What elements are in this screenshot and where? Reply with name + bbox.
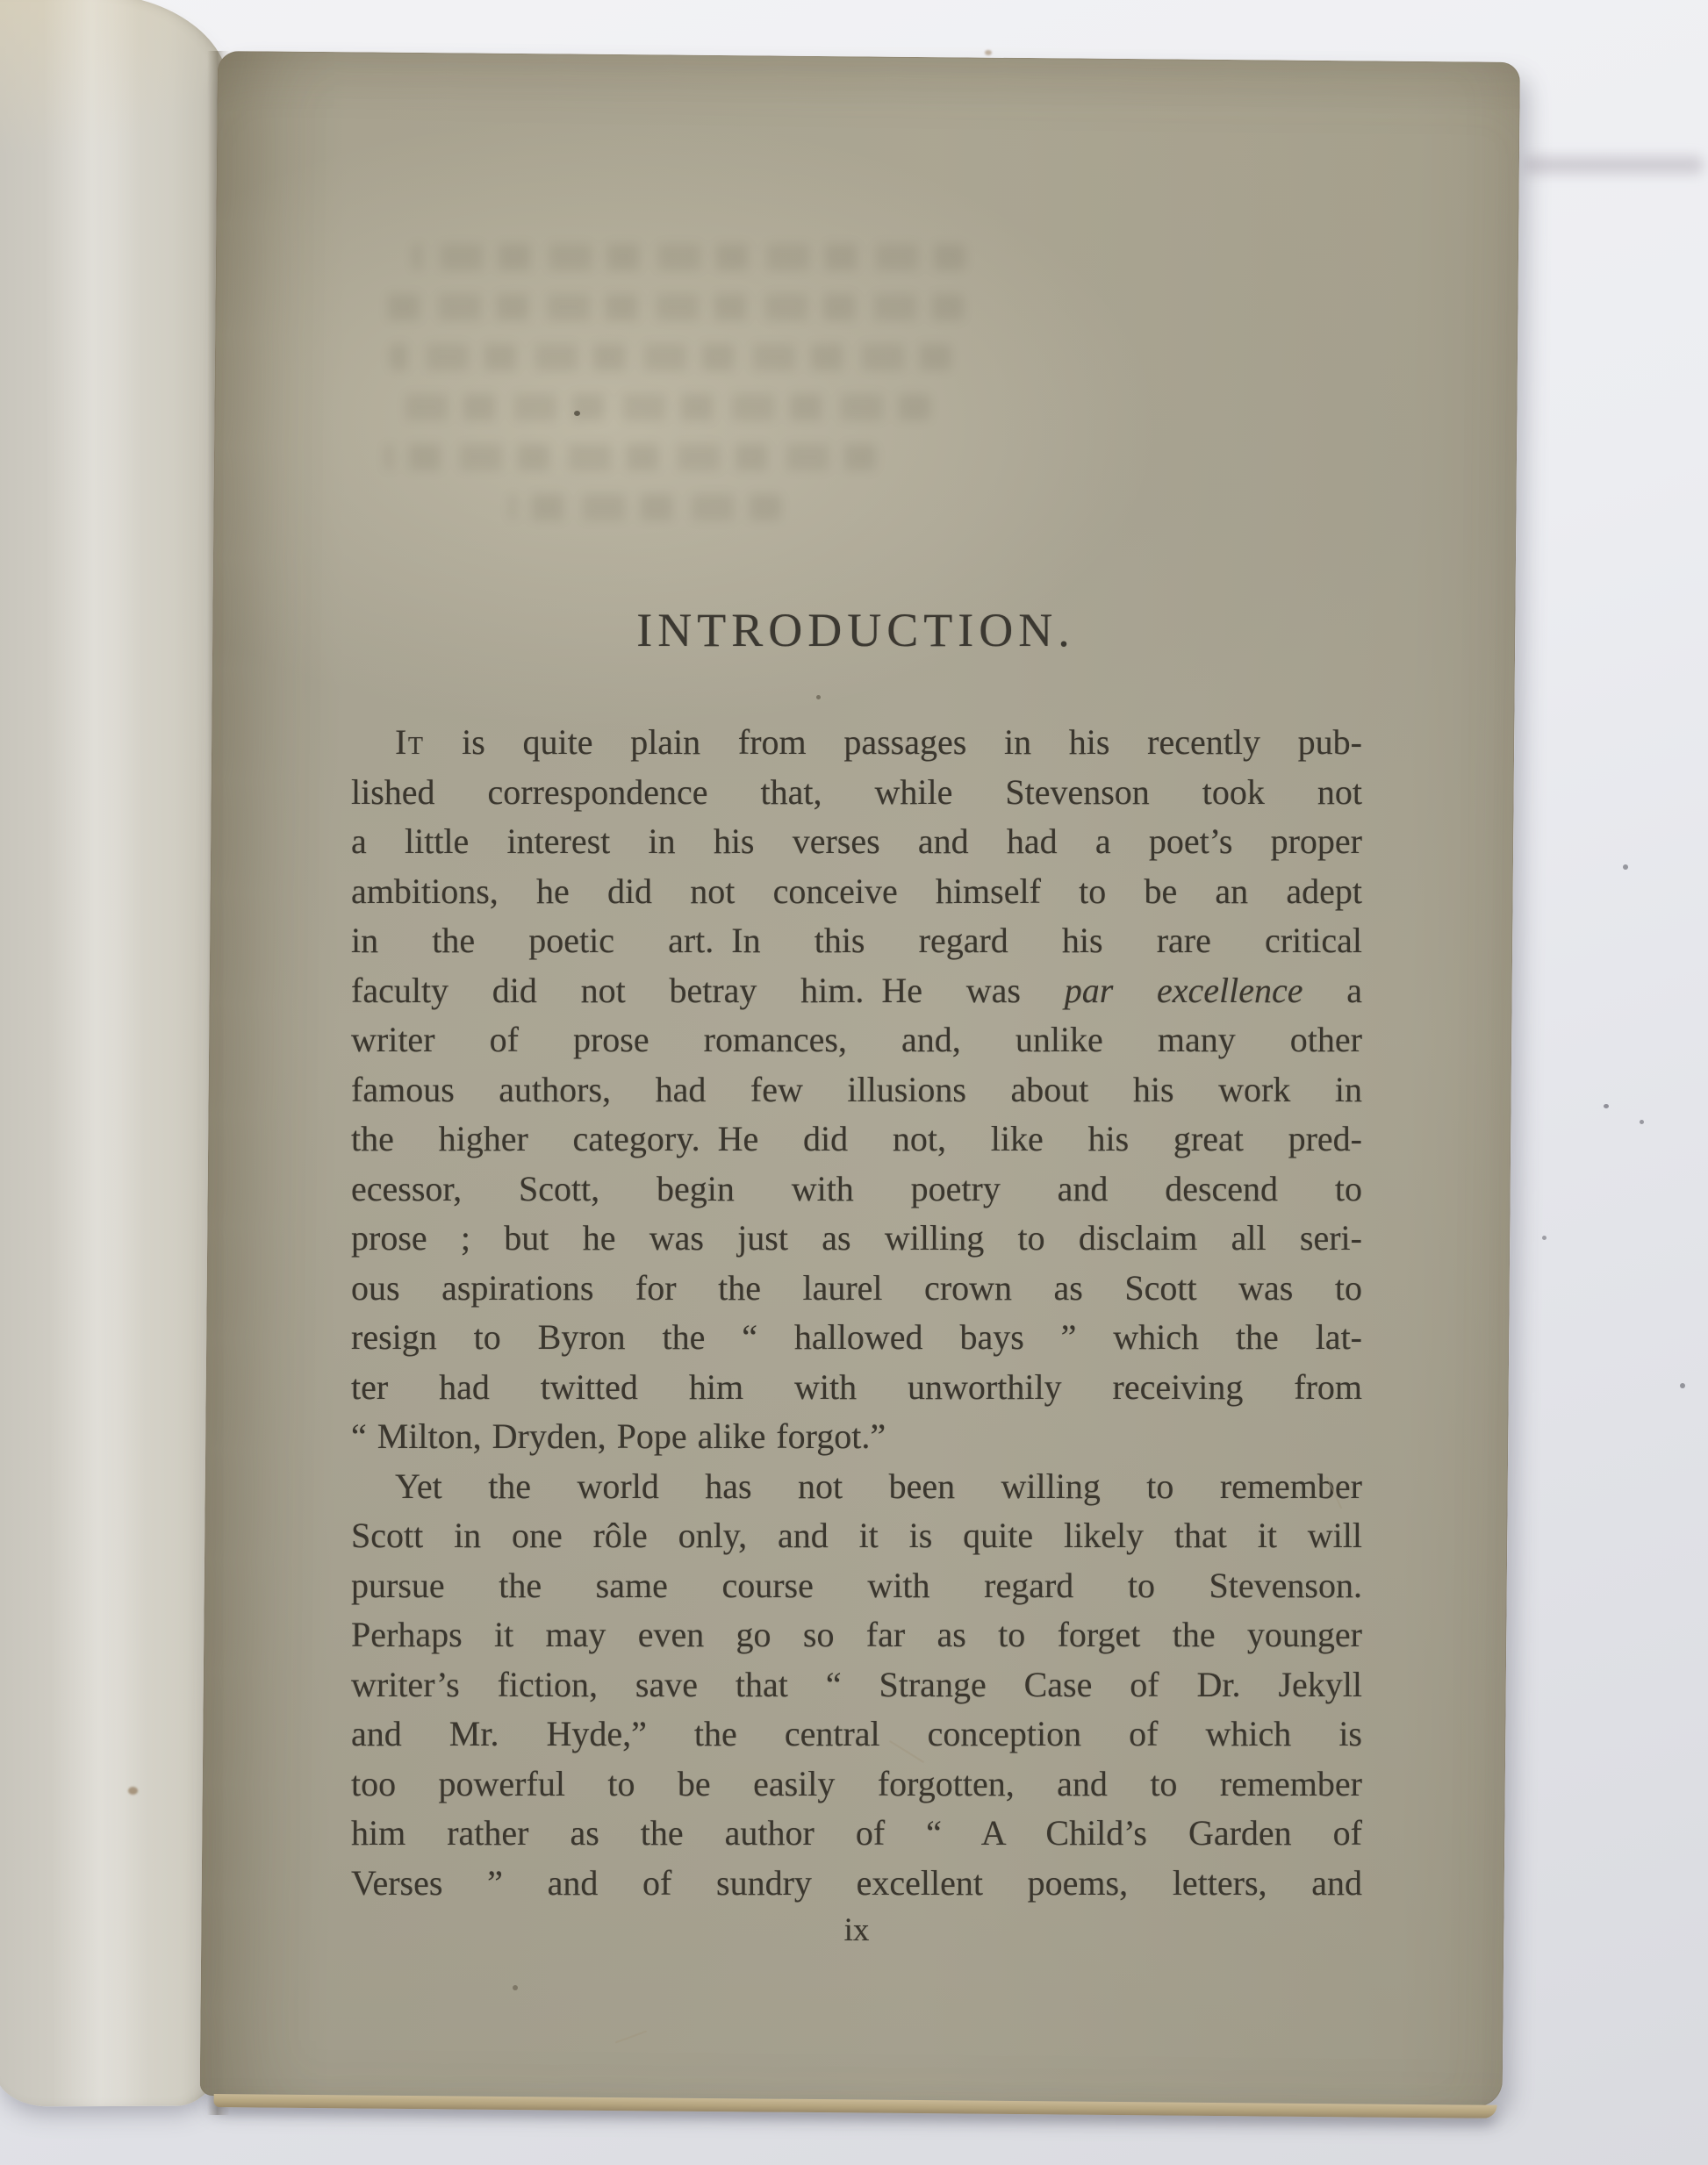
- text-line: the higher category. He did not, like hi…: [351, 1115, 1362, 1165]
- text-segment: Perhaps it may even go so far as to forg…: [351, 1615, 1362, 1654]
- page-number: ix: [351, 1911, 1362, 1949]
- text-line: writer’s fiction, save that “ Strange Ca…: [351, 1660, 1362, 1710]
- dust-speck: [816, 695, 821, 699]
- foxing-spot: [128, 1787, 138, 1795]
- text-line: ambitions, he did not conceive himself t…: [351, 867, 1362, 917]
- bleed-through-text: [377, 244, 992, 544]
- text-segment: ter had twitted him with unworthily rece…: [351, 1367, 1362, 1407]
- page-body: It is quite plain from passages in his r…: [351, 718, 1362, 1908]
- foxing-spot: [985, 50, 992, 55]
- smallcaps-text: It: [395, 722, 424, 762]
- text-segment: too powerful to be easily forgotten, and…: [351, 1764, 1362, 1803]
- text-segment: ecessor, Scott, begin with poetry and de…: [351, 1169, 1362, 1208]
- dust-speck: [574, 411, 580, 416]
- ghost-text-line: [413, 244, 965, 270]
- text-segment: prose ; but he was just as willing to di…: [351, 1218, 1362, 1258]
- dust-speck: [513, 1985, 518, 1990]
- text-segment: him rather as the author of “ A Child’s …: [351, 1813, 1362, 1853]
- background-smudge: [1524, 156, 1704, 174]
- text-line: Perhaps it may even go so far as to forg…: [351, 1610, 1362, 1660]
- text-segment: ambitions, he did not conceive himself t…: [351, 871, 1362, 911]
- photo-scene: INTRODUCTION. It is quite plain from pas…: [0, 0, 1708, 2165]
- text-segment: famous authors, had few illusions about …: [351, 1070, 1362, 1109]
- text-line: It is quite plain from passages in his r…: [351, 718, 1362, 768]
- ghost-text-line: [384, 444, 876, 470]
- text-segment: in the poetic art. In this regard his ra…: [351, 921, 1362, 960]
- text-segment: Yet the world has not been willing to re…: [395, 1466, 1362, 1506]
- dust-speck: [1680, 1383, 1685, 1388]
- dust-speck: [1623, 864, 1628, 870]
- text-line: in the poetic art. In this regard his ra…: [351, 916, 1362, 966]
- text-line: “ Milton, Dryden, Pope alike forgot.”: [351, 1412, 1362, 1462]
- text-segment: lished correspondence that, while Steven…: [351, 772, 1362, 812]
- dust-speck: [1604, 1104, 1609, 1108]
- text-line: resign to Byron the “ hallowed bays ” wh…: [351, 1313, 1362, 1363]
- dust-speck: [1640, 1120, 1644, 1124]
- text-line: ter had twitted him with unworthily rece…: [351, 1363, 1362, 1413]
- text-segment: writer’s fiction, save that “ Strange Ca…: [351, 1665, 1362, 1704]
- text-line: Scott in one rôle only, and it is quite …: [351, 1511, 1362, 1561]
- text-line: and Mr. Hyde,” the central conception of…: [351, 1710, 1362, 1760]
- text-segment: a: [1303, 971, 1363, 1010]
- ghost-text-line: [377, 294, 964, 320]
- ghost-text-line: [509, 494, 781, 520]
- text-segment: a little interest in his verses and had …: [351, 821, 1362, 861]
- text-line: lished correspondence that, while Steven…: [351, 768, 1362, 818]
- text-line: Verses ” and of sundry excellent poems, …: [351, 1859, 1362, 1909]
- italic-text: par excellence: [1065, 971, 1303, 1010]
- page-bottom-edge: [214, 2094, 1497, 2118]
- text-line: ous aspirations for the laurel crown as …: [351, 1264, 1362, 1314]
- text-segment: the higher category. He did not, like hi…: [351, 1119, 1362, 1158]
- text-line: Yet the world has not been willing to re…: [351, 1462, 1362, 1512]
- dust-speck: [1542, 1236, 1547, 1240]
- text-line: ecessor, Scott, begin with poetry and de…: [351, 1165, 1362, 1215]
- text-segment: resign to Byron the “ hallowed bays ” wh…: [351, 1317, 1362, 1357]
- text-segment: and Mr. Hyde,” the central conception of…: [351, 1714, 1362, 1753]
- text-segment: writer of prose romances, and, unlike ma…: [351, 1020, 1362, 1059]
- text-line: famous authors, had few illusions about …: [351, 1065, 1362, 1115]
- text-line: him rather as the author of “ A Child’s …: [351, 1809, 1362, 1859]
- text-line: faculty did not betray him. He was par e…: [351, 966, 1362, 1016]
- text-line: too powerful to be easily forgotten, and…: [351, 1760, 1362, 1810]
- text-line: a little interest in his verses and had …: [351, 817, 1362, 867]
- ghost-text-line: [404, 394, 930, 420]
- text-line: prose ; but he was just as willing to di…: [351, 1214, 1362, 1264]
- text-line: writer of prose romances, and, unlike ma…: [351, 1015, 1362, 1065]
- text-segment: Verses ” and of sundry excellent poems, …: [351, 1863, 1362, 1903]
- text-segment: is quite plain from passages in his rece…: [424, 722, 1362, 762]
- text-segment: faculty did not betray him. He was: [351, 971, 1065, 1010]
- page-title: INTRODUCTION.: [351, 604, 1360, 656]
- text-segment: “ Milton, Dryden, Pope alike forgot.”: [351, 1416, 886, 1456]
- text-segment: Scott in one rôle only, and it is quite …: [351, 1516, 1362, 1555]
- text-segment: pursue the same course with regard to St…: [351, 1566, 1362, 1605]
- ghost-text-line: [390, 344, 951, 370]
- text-line: pursue the same course with regard to St…: [351, 1561, 1362, 1611]
- text-segment: ous aspirations for the laurel crown as …: [351, 1268, 1362, 1308]
